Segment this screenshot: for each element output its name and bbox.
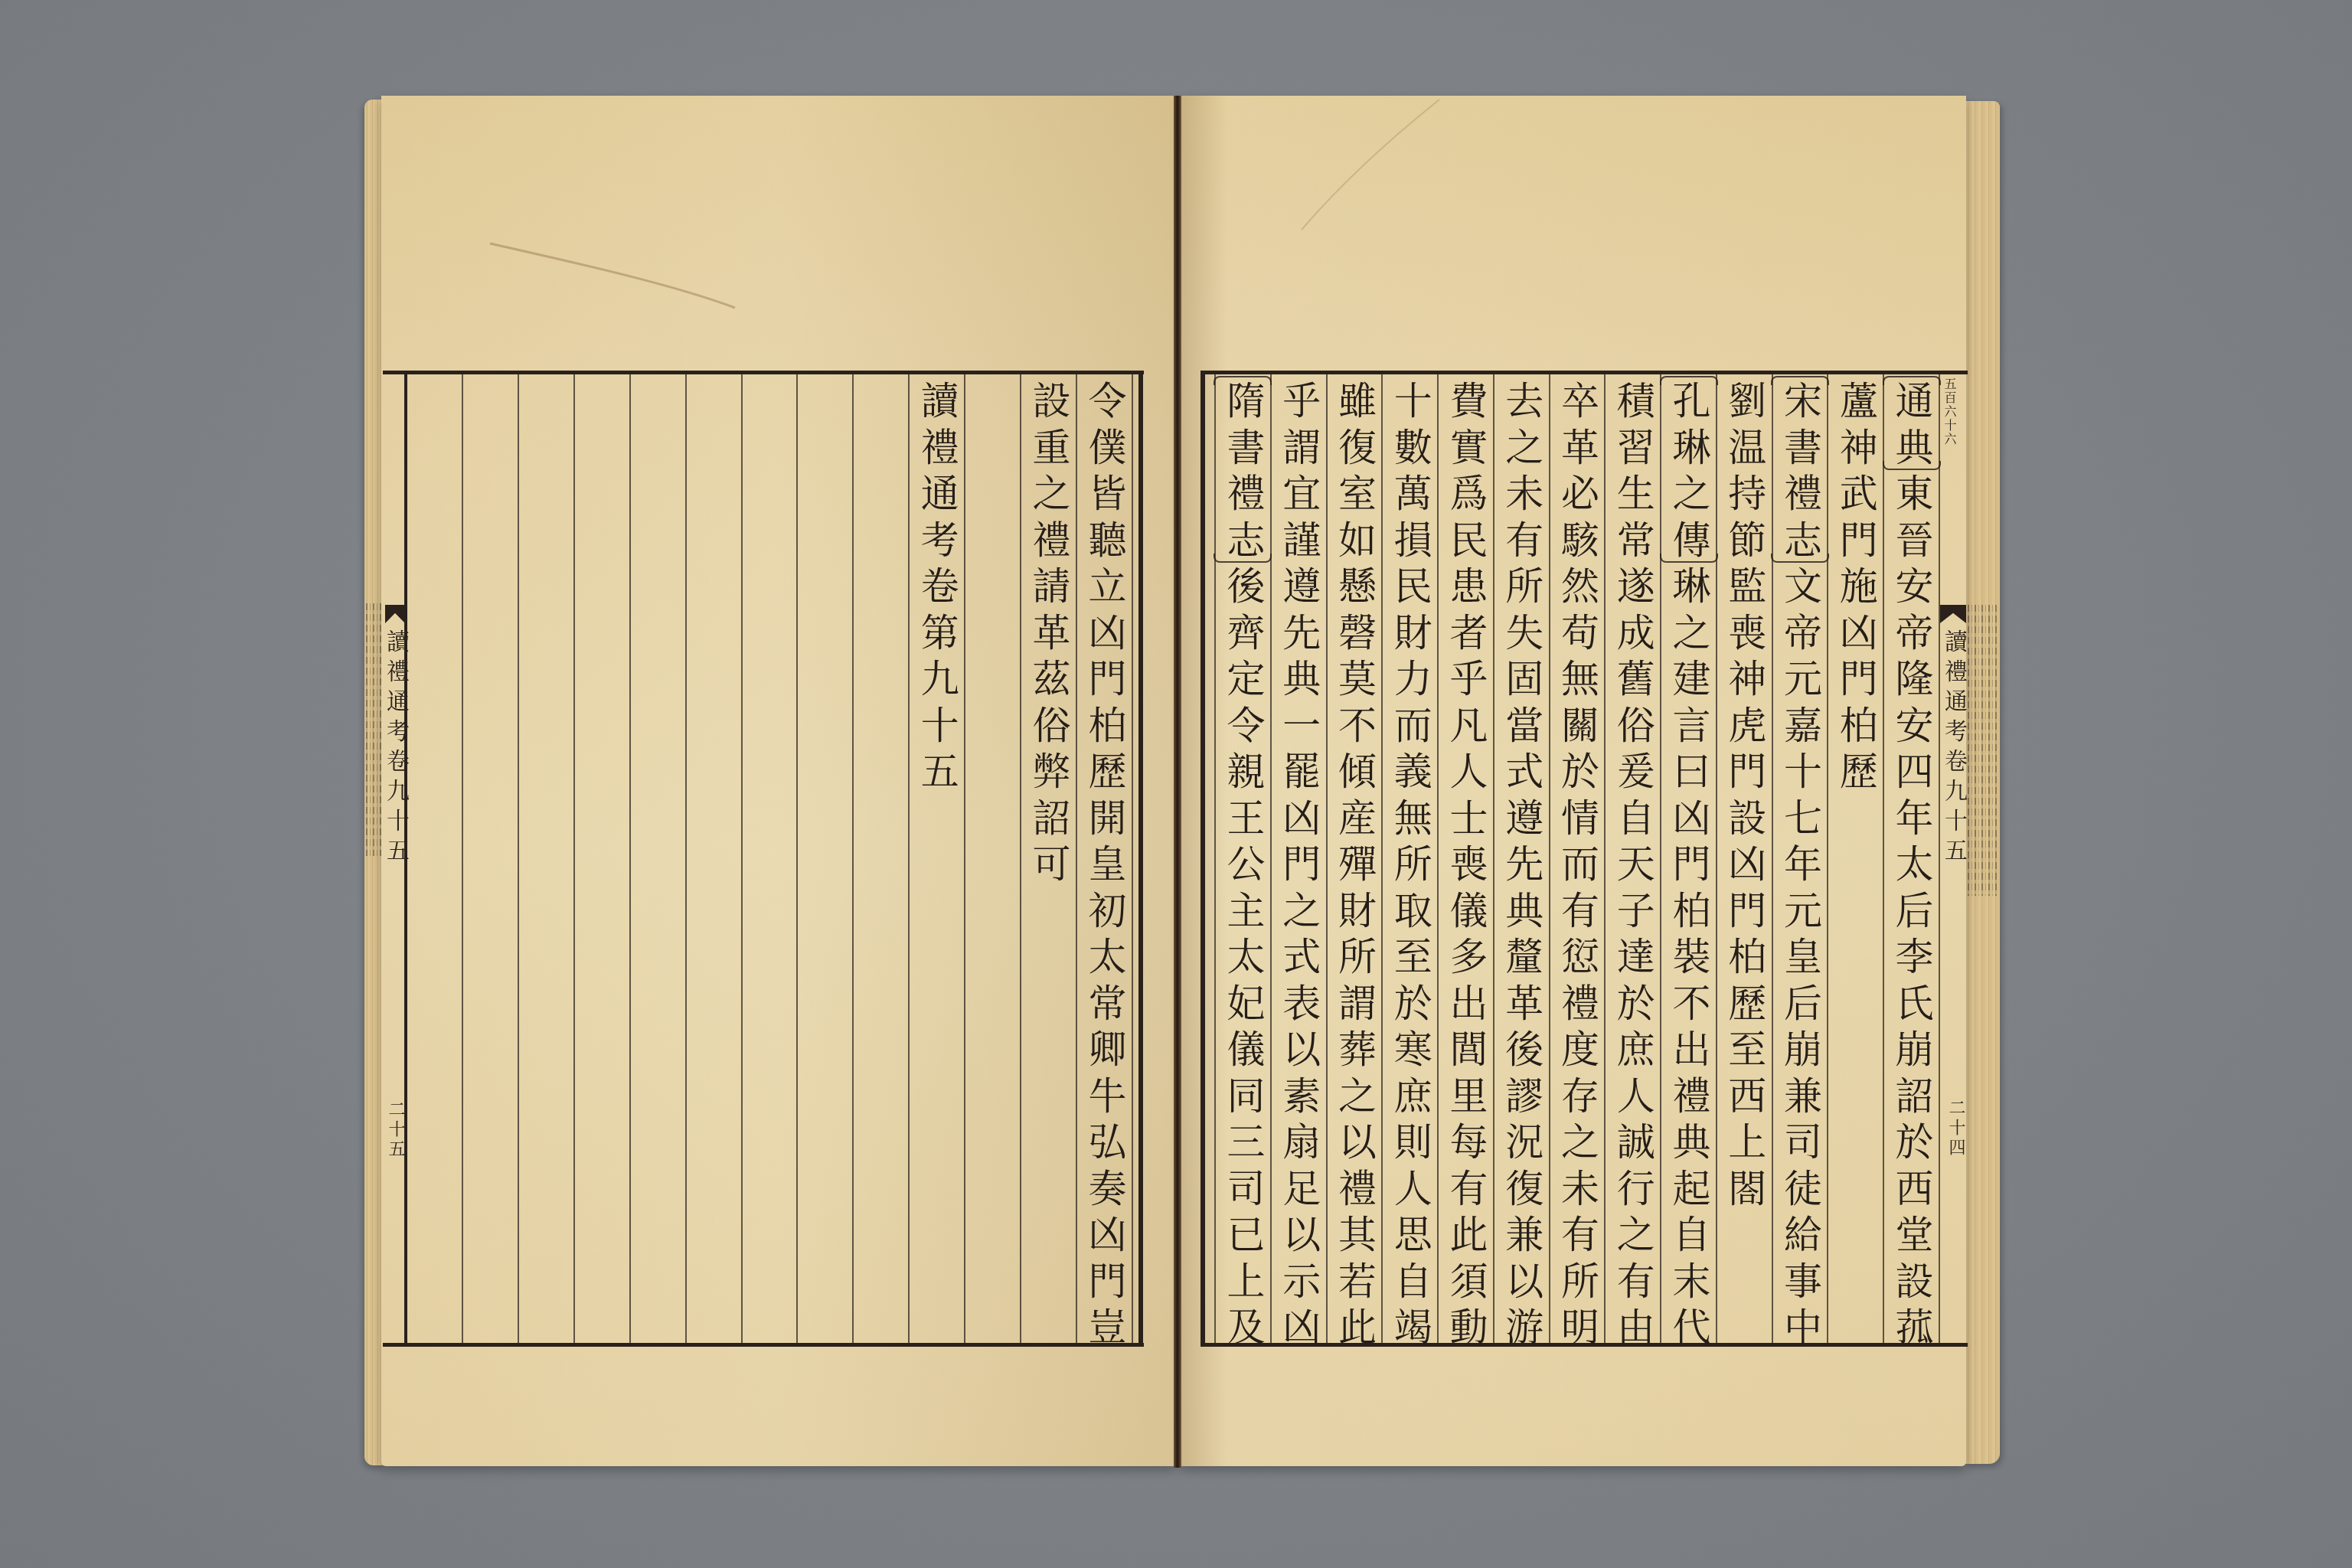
- left-page-text-columns: 令僕皆聽立凶門柏歷開皇初太常卿牛弘奏凶門豈設重之禮請革茲俗弊詔可讀禮通考卷第九十…: [406, 374, 1133, 1343]
- text-column: 去之未有所失固當式遵先典釐革後謬況復兼以游: [1493, 374, 1549, 1343]
- blank-column: [852, 374, 908, 1343]
- text-column: 雖復室如懸磬莫不傾産殫財所謂葬之以禮其若此: [1326, 374, 1382, 1343]
- column-text: 宋書禮志文帝元嘉十七年元皇后崩兼司徒給事中: [1781, 381, 1819, 1354]
- text-column: 乎謂宜謹遵先典一罷凶門之式表以素扇足以示凶: [1270, 374, 1326, 1343]
- text-column: 令僕皆聽立凶門柏歷開皇初太常卿牛弘奏凶門豈: [1076, 374, 1133, 1343]
- blank-column: [406, 374, 462, 1343]
- body-text: 卒革必駭然苟無關於情而有愆禮度存之未有所明: [1555, 381, 1599, 1354]
- text-column: 隋書禮志後齊定令親王公主太妃儀同三司已上及: [1214, 374, 1270, 1343]
- left-page-number: 二十五: [387, 1100, 403, 1160]
- blank-column: [741, 374, 797, 1343]
- text-column: 積習生常遂成舊俗爰自天子達於庶人誠行之有由: [1604, 374, 1660, 1343]
- body-text: 積習生常遂成舊俗爰自天子達於庶人誠行之有由: [1611, 381, 1655, 1354]
- text-column: 十數萬損民財力而義無所取至於寒庶則人思自竭: [1381, 374, 1437, 1343]
- body-text: 東晉安帝隆安四年太后李氏崩詔於西堂設菰: [1890, 473, 1934, 1354]
- source-title: 孔琳之傳: [1667, 381, 1711, 566]
- column-text: 費實爲民患者乎凡人士喪儀多出閭里每有此須動: [1446, 381, 1485, 1354]
- column-text: 隋書禮志後齊定令親王公主太妃儀同三司已上及: [1223, 381, 1262, 1354]
- body-text: 乎謂宜謹遵先典一罷凶門之式表以素扇足以示凶: [1276, 381, 1321, 1354]
- column-text: 令僕皆聽立凶門柏歷開皇初太常卿牛弘奏凶門豈: [1086, 381, 1124, 1354]
- text-column: 設重之禮請革茲俗弊詔可: [1020, 374, 1076, 1343]
- text-column: 通典東晉安帝隆安四年太后李氏崩詔於西堂設菰: [1883, 374, 1940, 1343]
- text-column: 費實爲民患者乎凡人士喪儀多出閭里每有此須動: [1437, 374, 1493, 1343]
- column-text: 通典東晉安帝隆安四年太后李氏崩詔於西堂設菰: [1893, 381, 1931, 1354]
- column-text: 劉温持節監喪神虎門設凶門柏歷至西上閤: [1725, 381, 1763, 1214]
- column-text: 孔琳之傳琳之建言曰凶門柏裝不出禮典起自末代: [1670, 381, 1708, 1354]
- left-frame-outer-border: [1138, 373, 1143, 1345]
- right-page-number: 二十四: [1947, 1099, 1964, 1158]
- right-margin-character-count: 五百六十六: [1943, 377, 1955, 446]
- body-text: 設重之禮請革茲俗弊詔可: [1027, 381, 1071, 890]
- text-column: 劉温持節監喪神虎門設凶門柏歷至西上閤: [1716, 374, 1772, 1343]
- body-text: 蘆神武門施凶門柏歷: [1834, 381, 1878, 798]
- column-text: 十數萬損民財力而義無所取至於寒庶則人思自竭: [1391, 381, 1429, 1354]
- source-title: 隋書禮志: [1220, 381, 1265, 566]
- left-margin-book-title: 讀禮通考卷九十五: [384, 629, 407, 868]
- book-spine-gutter: [1174, 96, 1181, 1468]
- column-text: 雖復室如懸磬莫不傾産殫財所謂葬之以禮其若此: [1335, 381, 1374, 1354]
- column-text: 積習生常遂成舊俗爰自天子達於庶人誠行之有由: [1614, 381, 1652, 1354]
- text-column: 宋書禮志文帝元嘉十七年元皇后崩兼司徒給事中: [1772, 374, 1828, 1343]
- blank-column: [629, 374, 685, 1343]
- body-text: 費實爲民患者乎凡人士喪儀多出閭里每有此須動: [1443, 381, 1488, 1354]
- blank-column: [462, 374, 518, 1343]
- right-edge-ink-bleed: [1968, 605, 1998, 896]
- column-text: 蘆神武門施凶門柏歷: [1837, 381, 1875, 798]
- column-text: 去之未有所失固當式遵先典釐革後謬況復兼以游: [1502, 381, 1540, 1354]
- column-text: 讀禮通考卷第九十五: [918, 381, 956, 798]
- blank-column: [964, 374, 1020, 1343]
- body-text: 讀禮通考卷第九十五: [915, 381, 959, 798]
- body-text: 琳之建言曰凶門柏裝不出禮典起自末代: [1667, 566, 1711, 1354]
- body-text: 後齊定令親王公主太妃儀同三司已上及: [1220, 566, 1265, 1354]
- body-text: 去之未有所失固當式遵先典釐革後謬況復兼以游: [1499, 381, 1543, 1354]
- blank-column: [685, 374, 741, 1343]
- left-edge-ink-bleed: [366, 603, 383, 856]
- body-text: 文帝元嘉十七年元皇后崩兼司徒給事中: [1778, 566, 1822, 1354]
- blank-column: [573, 374, 629, 1343]
- column-text: 卒革必駭然苟無關於情而有愆禮度存之未有所明: [1558, 381, 1596, 1354]
- text-column: 蘆神武門施凶門柏歷: [1827, 374, 1883, 1343]
- blank-column: [796, 374, 852, 1343]
- body-text: 令僕皆聽立凶門柏歷開皇初太常卿牛弘奏凶門豈: [1083, 381, 1127, 1354]
- right-frame-outer-border: [1200, 373, 1205, 1345]
- text-column: 孔琳之傳琳之建言曰凶門柏裝不出禮典起自末代: [1660, 374, 1716, 1343]
- right-page-text-columns: 通典東晉安帝隆安四年太后李氏崩詔於西堂設菰蘆神武門施凶門柏歷宋書禮志文帝元嘉十七…: [1214, 374, 1940, 1343]
- source-title: 通典: [1890, 381, 1934, 473]
- body-text: 劉温持節監喪神虎門設凶門柏歷至西上閤: [1722, 381, 1766, 1214]
- text-column: 卒革必駭然苟無關於情而有愆禮度存之未有所明: [1549, 374, 1605, 1343]
- text-column: 讀禮通考卷第九十五: [908, 374, 964, 1343]
- blank-column: [518, 374, 573, 1343]
- column-text: 設重之禮請革茲俗弊詔可: [1030, 381, 1068, 890]
- source-title: 宋書禮志: [1778, 381, 1822, 566]
- body-text: 十數萬損民財力而義無所取至於寒庶則人思自竭: [1388, 381, 1432, 1354]
- column-text: 乎謂宜謹遵先典一罷凶門之式表以素扇足以示凶: [1279, 381, 1318, 1354]
- right-margin-book-title: 讀禮通考卷九十五: [1942, 629, 1965, 868]
- body-text: 雖復室如懸磬莫不傾産殫財所謂葬之以禮其若此: [1332, 381, 1377, 1354]
